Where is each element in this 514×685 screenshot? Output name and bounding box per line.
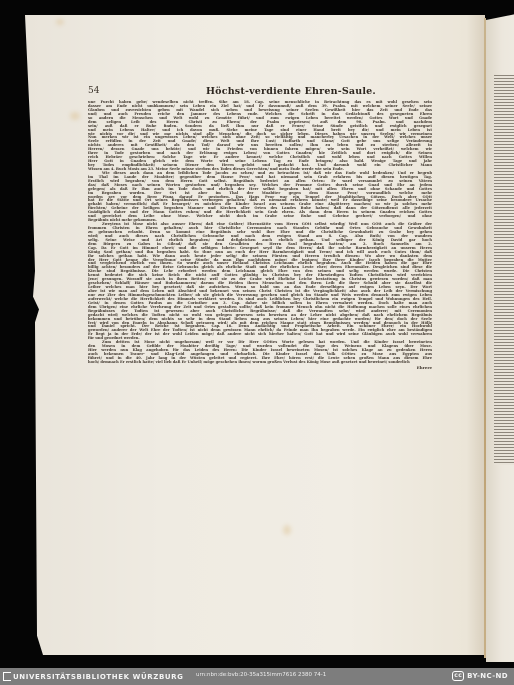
page-header: 54 Höchst-verdiente Ehren-Saule. <box>88 86 432 98</box>
text-line: hoch/ demnach Er erstlich hatte/ viel li… <box>88 360 432 364</box>
creative-commons-icon: cc <box>452 671 464 681</box>
text-line: bekommen und betrüben/ dem nichts so seh… <box>88 317 432 321</box>
facing-page-text-column <box>494 75 514 465</box>
text-line: sein/ auß daß er Ruhe finden. Sondern da… <box>88 124 432 128</box>
institution-logo[interactable]: UNIVERSITÄTSBIBLIOTHEK WÜRZBURG <box>3 671 184 682</box>
paragraph: Wie dieses auch dann an dem leiblichen T… <box>88 171 432 222</box>
license-badge[interactable]: cc BY-NC-ND <box>452 671 508 681</box>
library-logo-icon <box>3 672 11 681</box>
paper-stain <box>70 112 80 120</box>
text-line: im Begraben worden. Der Ort ist aber im … <box>88 191 432 195</box>
text-line: König Saul gethan/ und ihn begraben habt… <box>88 250 432 254</box>
urn-identifier[interactable]: urn:nbn:de:bvb:20-35a315imm7616 2380 74-… <box>196 672 326 678</box>
text-line: ihr solches gethan habt. Wie dann auch h… <box>88 254 432 258</box>
text-line: und mein Lebens Halter/ und ich davon mu… <box>88 128 432 132</box>
body-text: une Furcht haben gebe/ wendeselben nicht… <box>88 100 432 364</box>
running-head: Höchst-verdiente Ehren-Saule. <box>206 86 376 97</box>
page-text-block: 54 Höchst-verdiente Ehren-Saule. une Fur… <box>88 86 432 370</box>
paper-stain <box>56 19 64 25</box>
scan-viewer: 54 Höchst-verdiente Ehren-Saule. une Fur… <box>0 0 514 668</box>
text-line: gedacht wird/ welches die Todten nicht s… <box>88 313 432 317</box>
book-gutter <box>484 18 486 658</box>
license-label: BY-NC-ND <box>467 672 508 680</box>
paragraph: Zweytens ist Mose nicht also ausser Ehre… <box>88 222 432 340</box>
paper-stain <box>283 525 291 535</box>
catchword: Ehrere <box>88 365 432 370</box>
paragraph: une Furcht haben gebe/ wendeselben nicht… <box>88 100 432 171</box>
text-line: gelegen/ als daß Er Ihm auch im Tode doc… <box>88 187 432 191</box>
page-number: 54 <box>88 86 99 96</box>
paragraph: Zum dritten ist Mose nicht ungehorsam/ w… <box>88 340 432 364</box>
institution-name: UNIVERSITÄTSBIBLIOTHEK WÜRZBURG <box>13 673 184 681</box>
footer-bar: UNIVERSITÄTSBIBLIOTHEK WÜRZBURG urn:nbn:… <box>0 668 514 685</box>
